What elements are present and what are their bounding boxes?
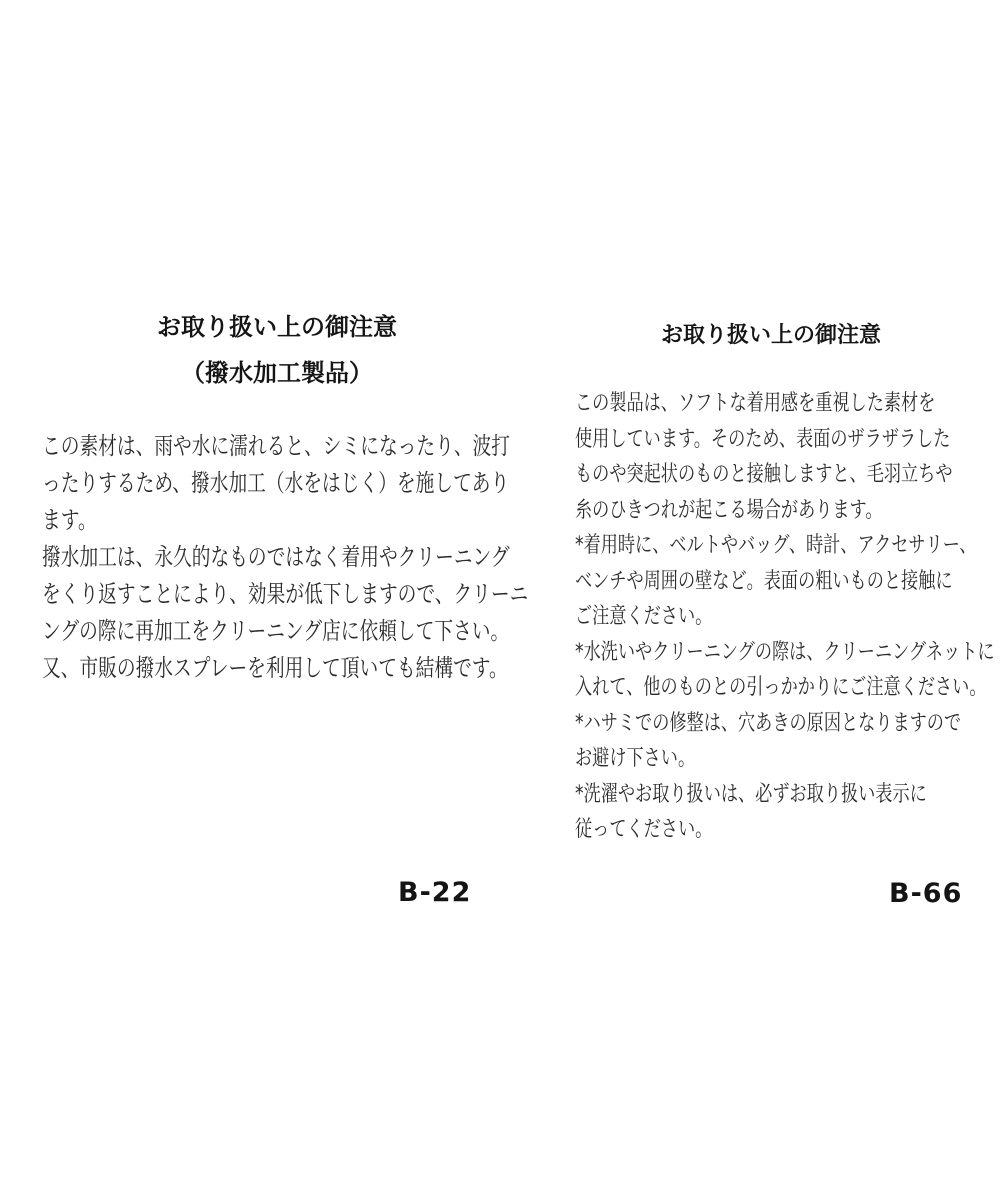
care-instruction-sheet: お取り扱い上の御注意 （撥水加工製品） この素材は、雨や水に濡れると、シミになっ… — [0, 0, 1000, 1200]
body-line: ご注意ください。 — [575, 599, 881, 635]
body-line: 使用しています。そのため、表面のザラザラした — [575, 422, 881, 458]
right-card-title: お取り扱い上の御注意 — [575, 322, 967, 350]
body-line: 入れて、他のものとの引っかかりにご注意ください。 — [575, 670, 881, 706]
body-line: ングの際に再加工をクリーニング店に依頼して下さい。 — [42, 613, 409, 650]
body-line: ものや突起状のものと接触しますと、毛羽立ちや — [575, 457, 881, 493]
care-card-water-repellent: お取り扱い上の御注意 （撥水加工製品） この素材は、雨や水に濡れると、シミになっ… — [42, 312, 512, 687]
body-line: 糸のひきつれが起こる場合があります。 — [575, 493, 881, 529]
left-card-subtitle: （撥水加工製品） — [42, 358, 512, 388]
body-line: *洗濯やお取り扱いは、必ずお取り扱い表示に — [575, 777, 881, 813]
body-line: *着用時に、ベルトやバッグ、時計、アクセサリー、 — [575, 528, 881, 564]
body-line: *水洗いやクリーニングの際は、クリーニングネットに — [575, 635, 881, 671]
body-line: この製品は、ソフトな着用感を重視した素材を — [575, 386, 881, 422]
body-line: 従ってください。 — [575, 812, 881, 848]
body-line: 撥水加工は、永久的なものではなく着用やクリーニング — [42, 539, 409, 576]
body-line: ったりするため、撥水加工（水をはじく）を施してあり — [42, 465, 409, 502]
body-line: をくり返すことにより、効果が低下しますので、クリーニ — [42, 576, 409, 613]
body-line: *ハサミでの修整は、穴あきの原因となりますので — [575, 706, 881, 742]
body-line: お避け下さい。 — [575, 741, 881, 777]
body-line: ます。 — [42, 502, 409, 539]
left-card-body: この素材は、雨や水に濡れると、シミになったり、波打ったりするため、撥水加工（水を… — [42, 428, 409, 687]
right-card-body: この製品は、ソフトな着用感を重視した素材を使用しています。そのため、表面のザラザ… — [575, 386, 881, 848]
page-code-b66: B-66 — [889, 878, 962, 910]
left-card-title: お取り扱い上の御注意 — [42, 312, 512, 342]
page-code-b22: B-22 — [398, 877, 471, 909]
body-line: 又、市販の撥水スプレーを利用して頂いても結構です。 — [42, 650, 409, 687]
body-line: この素材は、雨や水に濡れると、シミになったり、波打 — [42, 428, 409, 465]
care-card-soft-material: お取り扱い上の御注意 この製品は、ソフトな着用感を重視した素材を使用しています。… — [575, 322, 967, 848]
body-line: ベンチや周囲の壁など。表面の粗いものと接触に — [575, 564, 881, 600]
